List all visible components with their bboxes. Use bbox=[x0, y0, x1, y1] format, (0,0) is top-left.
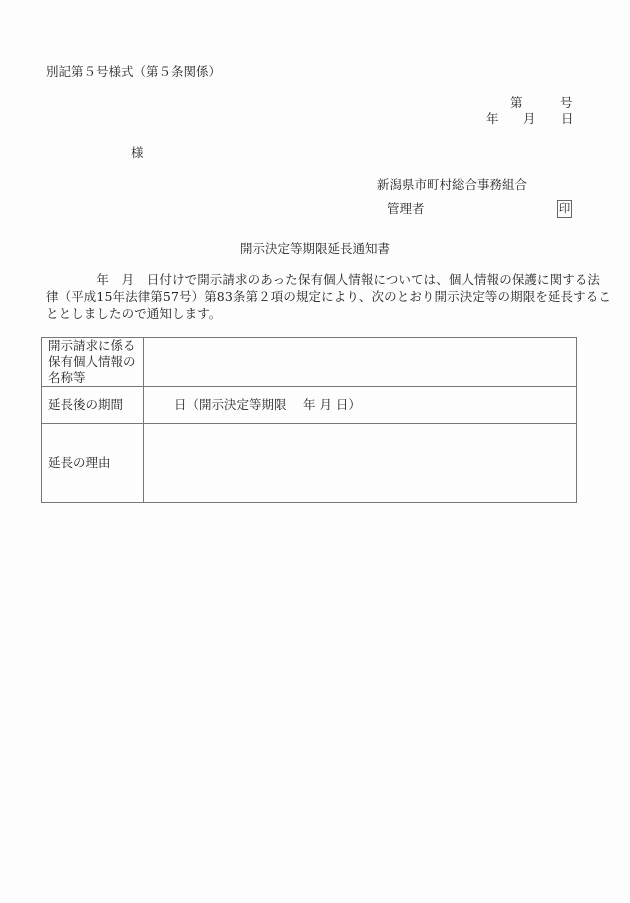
document-number-prefix: 第 bbox=[510, 95, 523, 111]
sender-title: 管理者 bbox=[387, 201, 425, 217]
body-line: ととしましたので通知します。 bbox=[46, 305, 586, 322]
seal-stamp: 印 bbox=[557, 200, 572, 218]
document-title: 開示決定等期限延長通知書 bbox=[0, 241, 630, 257]
row-label-extension-reason: 延長の理由 bbox=[42, 424, 144, 503]
row-value-extension-reason[interactable] bbox=[144, 424, 577, 503]
body-line: 律（平成15年法律第57号）第83条第２項の規定により、次のとおり開示決定等の期… bbox=[46, 288, 586, 305]
date-year: 年 bbox=[486, 111, 499, 127]
addressee-honorific: 様 bbox=[131, 145, 144, 161]
form-label: 別記第５号様式（第５条関係） bbox=[46, 64, 221, 80]
table-row: 開示請求に係る 保有個人情報の 名称等 bbox=[42, 338, 577, 387]
document-number-suffix: 号 bbox=[560, 95, 573, 111]
extension-info-table: 開示請求に係る 保有個人情報の 名称等 延長後の期間 日（開示決定等期限 年 月… bbox=[41, 337, 577, 503]
body-line: 年 月 日付けで開示請求のあった保有個人情報については、個人情報の保護に関する法 bbox=[46, 271, 586, 288]
row-label-info-name: 開示請求に係る 保有個人情報の 名称等 bbox=[42, 338, 144, 387]
row-label-extended-period: 延長後の期間 bbox=[42, 387, 144, 424]
sender-organization: 新潟県市町村総合事務組合 bbox=[377, 177, 527, 193]
document-body: 年 月 日付けで開示請求のあった保有個人情報については、個人情報の保護に関する法… bbox=[46, 271, 586, 322]
date-day: 日 bbox=[561, 111, 574, 127]
row-value-info-name[interactable] bbox=[144, 338, 577, 387]
table-row: 延長の理由 bbox=[42, 424, 577, 503]
table-row: 延長後の期間 日（開示決定等期限 年 月 日） bbox=[42, 387, 577, 424]
date-month: 月 bbox=[523, 111, 536, 127]
row-value-extended-period[interactable]: 日（開示決定等期限 年 月 日） bbox=[144, 387, 577, 424]
